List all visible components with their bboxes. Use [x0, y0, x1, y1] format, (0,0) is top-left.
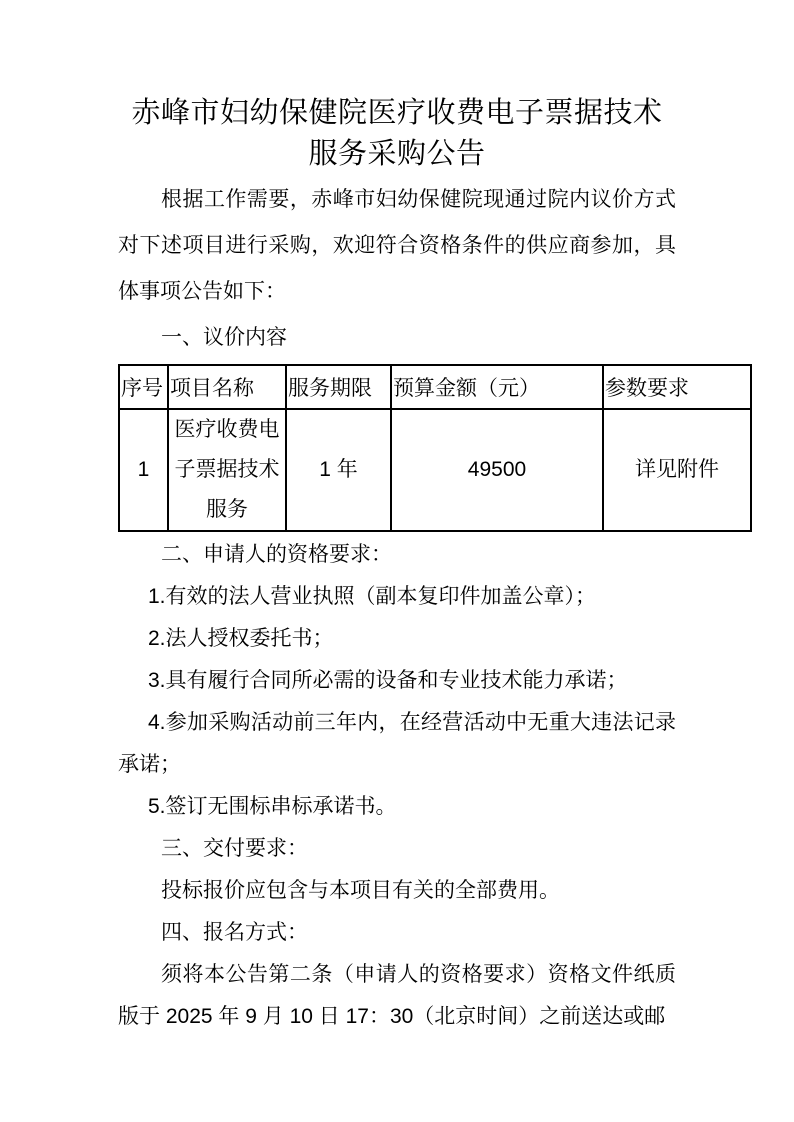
negotiation-items-table: 序号 项目名称 服务期限 预算金额（元） 参数要求 1 医疗收费电子票据技术服务…	[118, 364, 752, 532]
requirement-item-1: 1.有效的法人营业执照（副本复印件加盖公章）；	[118, 576, 676, 618]
cell-seq: 1	[119, 409, 168, 531]
requirement-item-3: 3.具有履行合同所必需的设备和专业技术能力承诺；	[118, 660, 676, 702]
header-cell-project-name: 项目名称	[168, 365, 286, 409]
cell-project-name: 医疗收费电子票据技术服务	[168, 409, 286, 531]
section3-heading: 三、交付要求：	[118, 828, 676, 870]
section3-body: 投标报价应包含与本项目有关的全部费用。	[118, 870, 676, 912]
header-cell-budget: 预算金额（元）	[391, 365, 603, 409]
sections-block: 二、申请人的资格要求： 1.有效的法人营业执照（副本复印件加盖公章）； 2.法人…	[118, 534, 676, 1038]
table-header-row: 序号 项目名称 服务期限 预算金额（元） 参数要求	[119, 365, 751, 409]
header-cell-parameters: 参数要求	[603, 365, 751, 409]
section4-body: 须将本公告第二条（申请人的资格要求）资格文件纸质版于 2025 年 9 月 10…	[118, 954, 676, 1038]
requirement-item-5: 5.签订无围标串标承诺书。	[118, 786, 676, 828]
title-line-2: 服务采购公告	[118, 133, 676, 174]
requirement-item-2: 2.法人授权委托书；	[118, 618, 676, 660]
header-cell-service-term: 服务期限	[286, 365, 391, 409]
requirement-item-4: 4.参加采购活动前三年内，在经营活动中无重大违法记录承诺；	[118, 702, 676, 786]
title-line-1: 赤峰市妇幼保健院医疗收费电子票据技术	[118, 92, 676, 133]
header-cell-seq: 序号	[119, 365, 168, 409]
section1-heading: 一、议价内容	[118, 315, 676, 361]
section4-heading: 四、报名方式：	[118, 912, 676, 954]
page-title: 赤峰市妇幼保健院医疗收费电子票据技术 服务采购公告	[118, 92, 676, 174]
cell-parameters: 详见附件	[603, 409, 751, 531]
table-data-row: 1 医疗收费电子票据技术服务 1 年 49500 详见附件	[119, 409, 751, 531]
cell-budget: 49500	[391, 409, 603, 531]
cell-service-term: 1 年	[286, 409, 391, 531]
document-page: 赤峰市妇幼保健院医疗收费电子票据技术 服务采购公告 根据工作需要，赤峰市妇幼保健…	[0, 0, 794, 1122]
intro-paragraph: 根据工作需要，赤峰市妇幼保健院现通过院内议价方式对下述项目进行采购，欢迎符合资格…	[118, 177, 676, 315]
section2-heading: 二、申请人的资格要求：	[118, 534, 676, 576]
